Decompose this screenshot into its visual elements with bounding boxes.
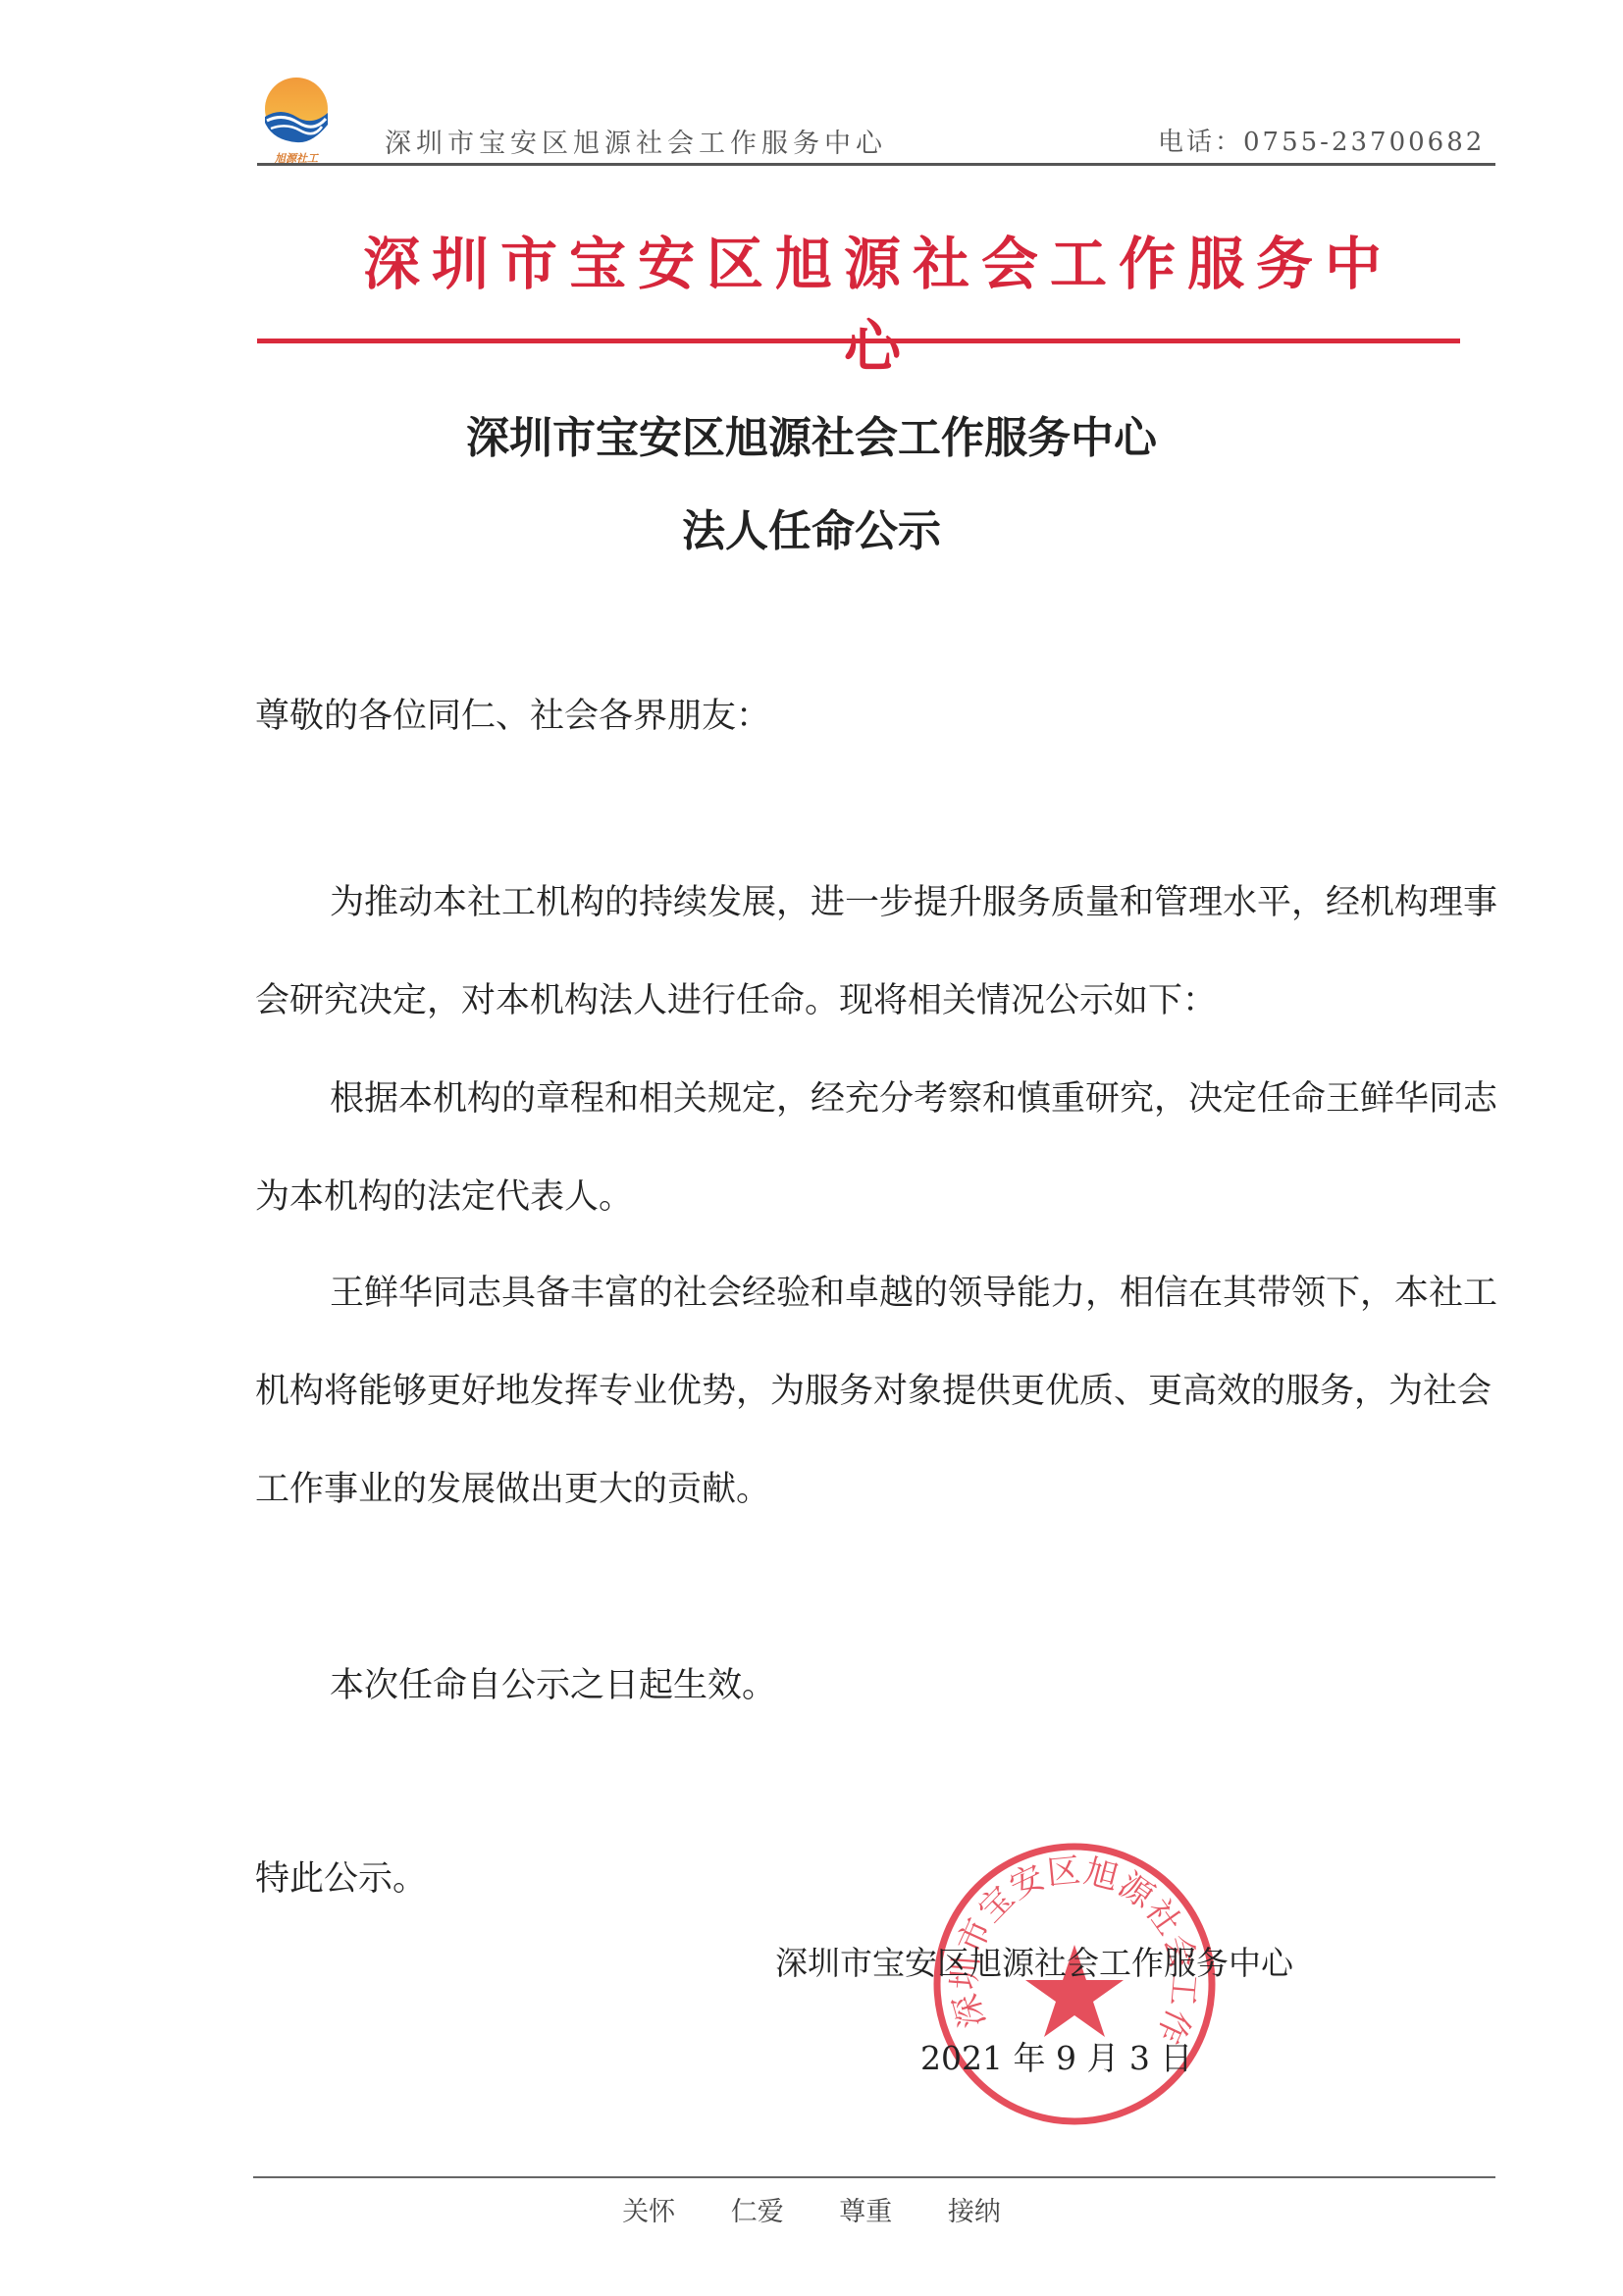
footer-motto: 关怀 仁爱 尊重 接纳 xyxy=(0,2190,1623,2228)
body-paragraph: 本次任命自公示之日起生效。 xyxy=(255,1637,1501,1735)
document-title-line2: 法人任命公示 xyxy=(0,496,1623,558)
footer-divider xyxy=(253,2176,1495,2178)
red-star-seal-icon: 深圳市宝安区旭源社会工作服务中心 xyxy=(927,1837,1222,2131)
motto-item: 接纳 xyxy=(948,2190,1001,2228)
motto-item: 仁爱 xyxy=(731,2190,784,2228)
header-divider xyxy=(257,163,1495,166)
official-seal: 深圳市宝安区旭源社会工作服务中心 xyxy=(927,1837,1222,2131)
letterhead-red-divider xyxy=(257,339,1460,343)
signature-organization: 深圳市宝安区旭源社会工作服务中心 xyxy=(775,1938,1293,1984)
motto-item: 关怀 xyxy=(622,2190,675,2228)
motto-item: 尊重 xyxy=(839,2190,892,2228)
signature-date: 2021 年 9 月 3 日 xyxy=(920,2033,1192,2079)
sun-wave-logo-icon xyxy=(257,74,336,152)
header-organization-name: 深圳市宝安区旭源社会工作服务中心 xyxy=(385,122,887,160)
closing-statement: 特此公示。 xyxy=(255,1830,427,1928)
header-phone: 电话：0755-23700682 xyxy=(1158,122,1485,158)
letterhead-title: 深圳市宝安区旭源社会工作服务中心 xyxy=(334,218,1423,383)
body-paragraph: 为推动本社工机构的持续发展，进一步提升服务质量和管理水平，经机构理事会研究决定，… xyxy=(255,854,1501,1050)
organization-logo: 旭源社工 xyxy=(257,74,336,167)
salutation: 尊敬的各位同仁、社会各界朋友： xyxy=(255,667,1501,765)
body-paragraph: 王鲜华同志具备丰富的社会经验和卓越的领导能力，相信在其带领下，本社工机构将能够更… xyxy=(255,1244,1501,1539)
body-paragraph: 根据本机构的章程和相关规定，经充分考察和慎重研究，决定任命王鲜华同志为本机构的法… xyxy=(255,1050,1501,1246)
document-title-line1: 深圳市宝安区旭源社会工作服务中心 xyxy=(0,402,1623,465)
